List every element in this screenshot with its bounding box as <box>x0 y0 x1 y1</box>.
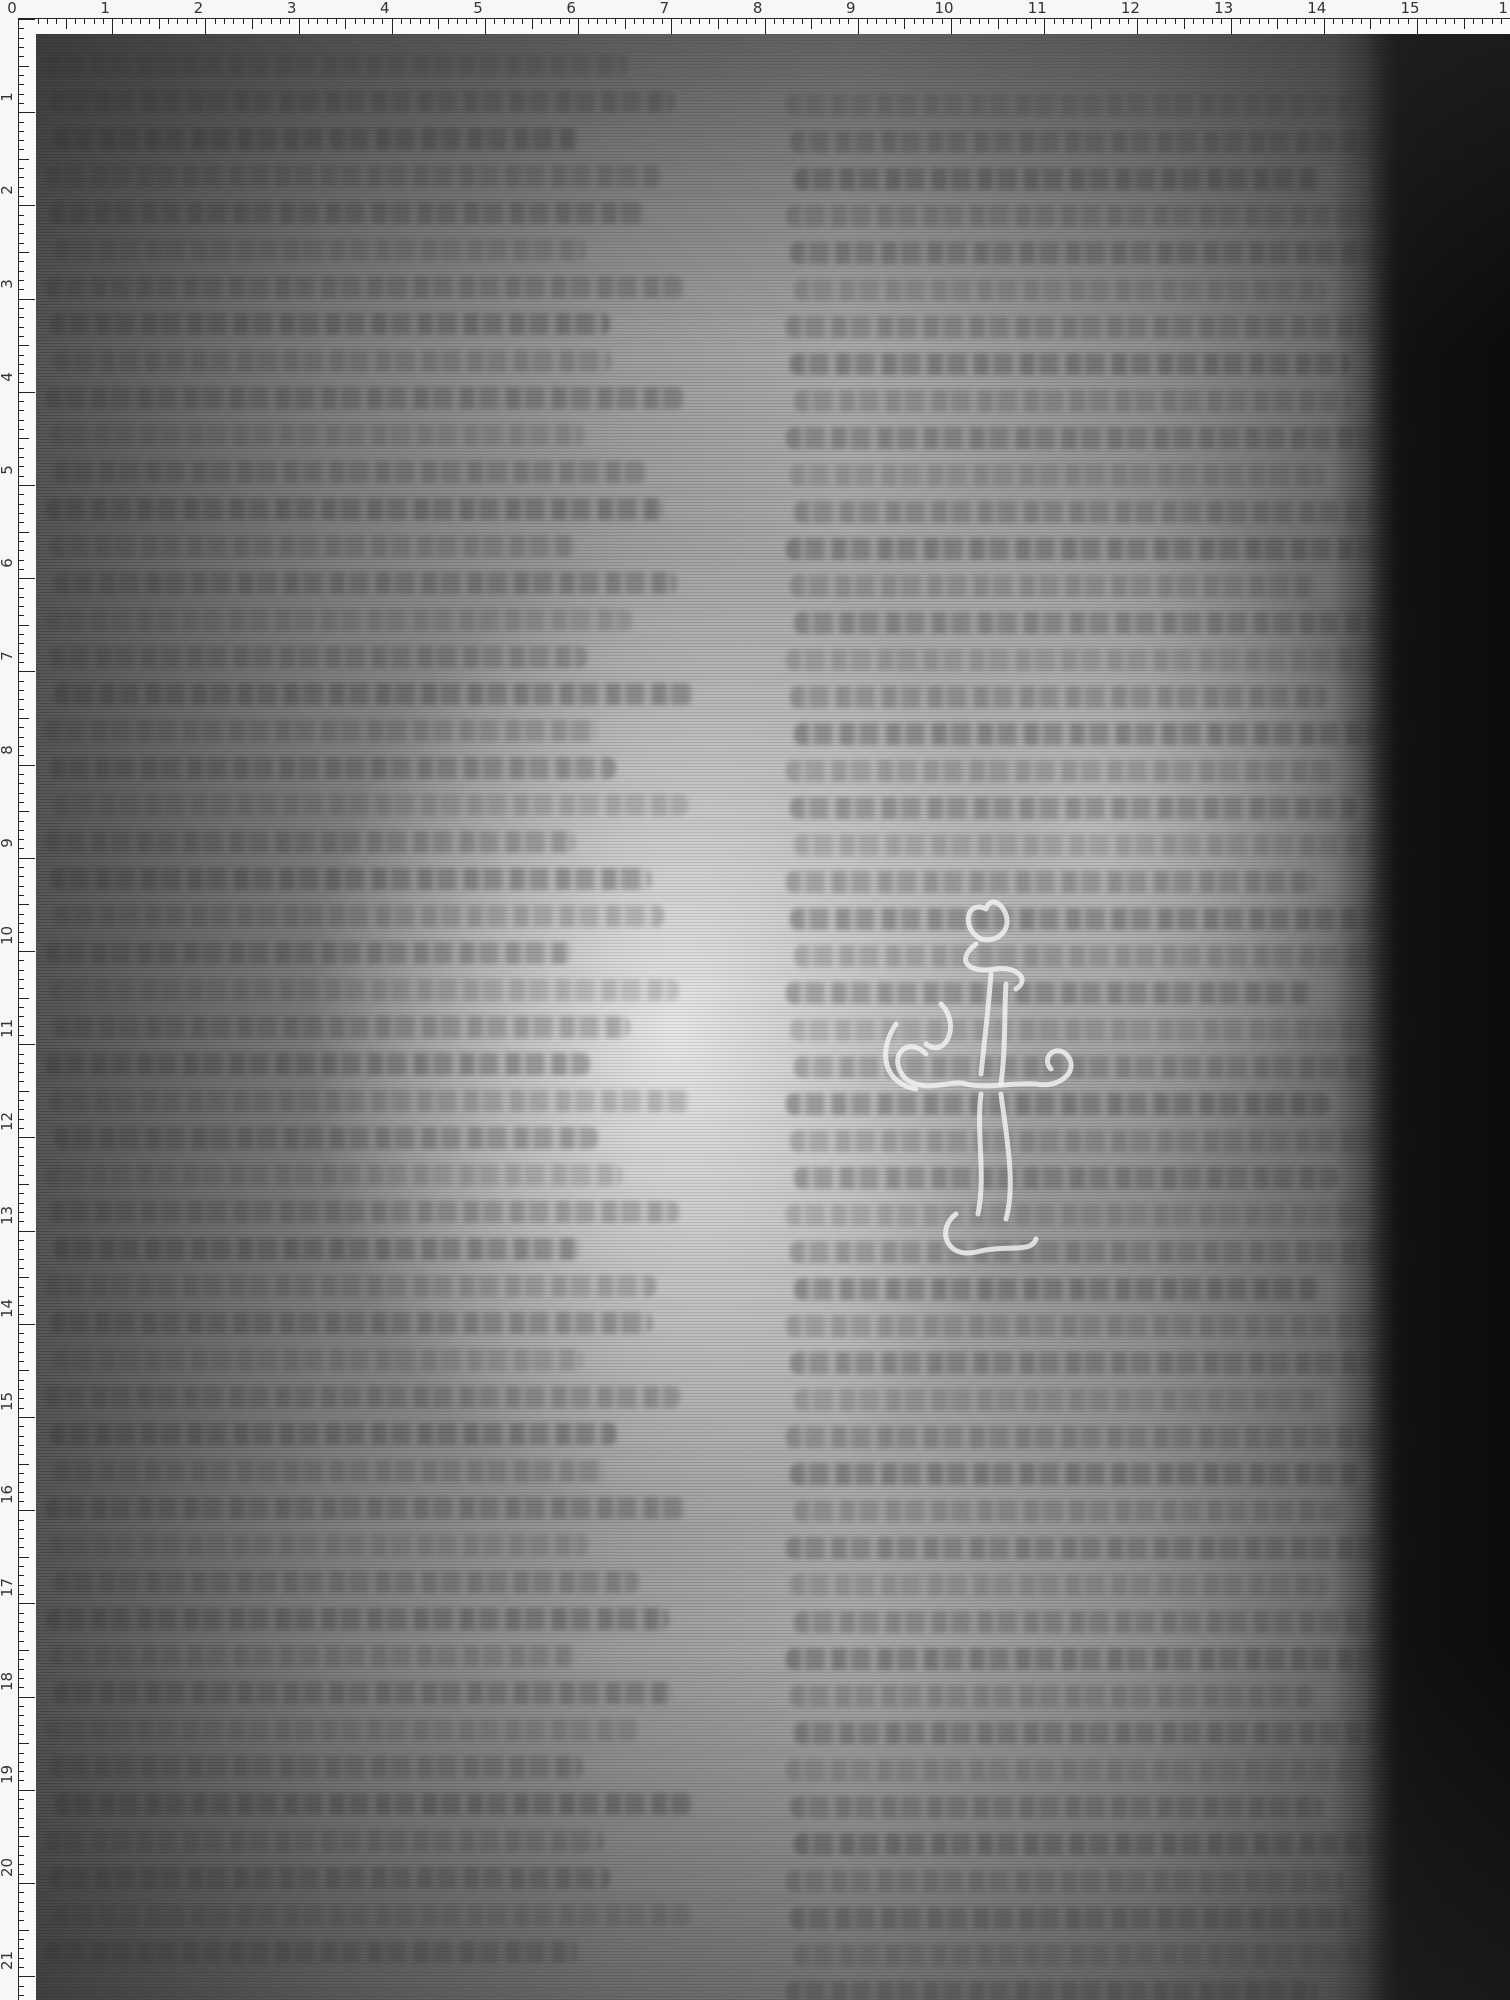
manuscript-line <box>794 834 1428 856</box>
ruler-tick <box>19 1575 24 1576</box>
ruler-tick <box>19 737 24 738</box>
ruler-tick <box>19 187 24 188</box>
ruler-tick <box>19 1482 24 1483</box>
ruler-tick <box>19 1603 35 1604</box>
ruler-tick <box>970 19 971 24</box>
ruler-tick <box>215 19 216 24</box>
ruler-tick <box>289 19 290 24</box>
ruler-tick <box>19 94 24 95</box>
manuscript-line <box>46 1941 578 1963</box>
ruler-tick <box>19 858 35 859</box>
ruler-tick <box>19 1389 24 1390</box>
manuscript-line <box>786 1426 1420 1448</box>
ruler-label-top: 2 <box>194 0 204 16</box>
ruler-tick <box>345 19 346 29</box>
ruler-tick <box>1100 19 1101 24</box>
ruler-tick <box>122 19 123 24</box>
ruler-tick <box>56 19 57 24</box>
manuscript-line <box>790 686 1327 708</box>
ruler-tick <box>578 19 579 35</box>
ruler-tick <box>960 19 961 24</box>
ruler-tick <box>19 280 24 281</box>
ruler-label-left: 16 <box>0 1486 15 1504</box>
ruler-tick <box>19 1799 24 1800</box>
ruler-tick <box>19 1016 24 1017</box>
ruler-tick <box>19 755 24 756</box>
ruler-label-top: 14 <box>1307 0 1326 16</box>
ruler-tick <box>19 1780 24 1781</box>
manuscript-line <box>794 1611 1379 1633</box>
ruler-tick <box>19 1827 24 1828</box>
ruler-tick <box>373 19 374 24</box>
ruler-tick <box>914 19 915 24</box>
ruler-tick <box>308 19 309 24</box>
ruler-tick <box>1249 19 1250 24</box>
ruler-tick <box>1454 19 1455 24</box>
ruler-tick <box>1156 19 1157 24</box>
ruler-tick <box>709 19 710 24</box>
ruler-tick <box>364 19 365 24</box>
ruler-tick <box>19 47 24 48</box>
ruler-tick <box>19 1678 24 1679</box>
manuscript-line <box>786 538 1404 560</box>
ruler-tick <box>19 1864 24 1865</box>
ruler-tick <box>19 932 24 933</box>
ruler-tick <box>19 476 24 477</box>
ruler-tick <box>19 914 24 915</box>
manuscript-line <box>54 1349 583 1371</box>
ruler-tick <box>1361 19 1362 24</box>
ruler-tick <box>19 410 24 411</box>
ruler-tick <box>1128 19 1129 24</box>
manuscript-line <box>54 461 646 483</box>
ruler-tick <box>299 19 300 35</box>
manuscript-line <box>794 723 1433 745</box>
ruler-tick <box>1389 19 1390 24</box>
ruler-tick <box>1109 19 1110 24</box>
ruler-tick <box>19 653 24 654</box>
ruler-tick <box>317 19 318 24</box>
ruler-tick <box>569 19 570 24</box>
ruler-tick <box>19 793 24 794</box>
ruler-tick <box>19 504 24 505</box>
manuscript-line <box>54 794 688 816</box>
ruler-tick <box>401 19 402 24</box>
ruler-tick <box>19 970 24 971</box>
manuscript-line <box>50 1201 679 1223</box>
ruler-tick <box>1501 19 1502 24</box>
manuscript-line <box>786 94 1368 116</box>
manuscript-line <box>54 128 579 150</box>
ruler-label-left: 21 <box>0 1952 15 1970</box>
ruler-tick <box>541 19 542 24</box>
ruler-tick <box>19 1165 24 1166</box>
ruler-label-left: 14 <box>0 1300 15 1318</box>
ruler-tick <box>19 84 24 85</box>
ruler-tick <box>504 19 505 24</box>
ruler-tick <box>1203 19 1204 24</box>
ruler-tick <box>597 19 598 24</box>
ruler-tick <box>1305 19 1306 24</box>
ruler-label-left: 12 <box>0 1113 15 1131</box>
ruler-tick <box>1380 19 1381 24</box>
ruler-tick <box>662 19 663 24</box>
ruler-tick <box>159 19 160 29</box>
ruler-label-top: 8 <box>753 0 763 16</box>
ruler-tick <box>19 1063 24 1064</box>
ruler-tick <box>94 19 95 24</box>
ruler-tick <box>19 196 24 197</box>
ruler-tick <box>382 19 383 24</box>
ruler-tick <box>19 615 24 616</box>
ruler-tick <box>19 485 35 486</box>
manuscript-line <box>46 1830 604 1852</box>
ruler-tick <box>19 783 24 784</box>
ruler-tick <box>19 839 24 840</box>
ruler-tick <box>532 19 533 29</box>
ruler-tick <box>19 1585 24 1586</box>
horizontal-ruler <box>18 18 1510 35</box>
ruler-tick <box>19 1473 24 1474</box>
ruler-tick <box>1072 19 1073 24</box>
ruler-tick <box>438 19 439 29</box>
ruler-tick <box>19 1874 24 1875</box>
ruler-tick <box>895 19 896 24</box>
ruler-tick <box>19 140 24 141</box>
ruler-tick <box>923 19 924 24</box>
ruler-tick <box>19 1277 29 1278</box>
ruler-tick <box>560 19 561 24</box>
ruler-tick <box>19 1948 24 1949</box>
ruler-tick <box>765 19 766 35</box>
ruler-tick <box>19 1715 24 1716</box>
ruler-tick <box>19 345 29 346</box>
ruler-tick <box>457 19 458 24</box>
ruler-tick <box>261 19 262 24</box>
ruler-tick <box>19 606 24 607</box>
ruler-tick <box>690 19 691 24</box>
ruler-tick <box>224 19 225 24</box>
ruler-tick <box>19 243 24 244</box>
ruler-tick <box>19 261 24 262</box>
ruler-tick <box>19 681 24 682</box>
ruler-tick <box>19 979 24 980</box>
ruler-tick <box>727 19 728 24</box>
ruler-tick <box>448 19 449 24</box>
ruler-tick <box>1370 19 1371 29</box>
ruler-tick <box>1063 19 1064 24</box>
ruler-tick <box>1184 19 1185 29</box>
manuscript-line <box>786 1537 1425 1559</box>
ruler-tick <box>19 1445 24 1446</box>
ruler-tick <box>19 1231 35 1232</box>
ruler-tick <box>19 1054 24 1055</box>
ruler-tick <box>904 19 905 29</box>
ruler-tick <box>19 289 24 290</box>
manuscript-line <box>790 1463 1357 1485</box>
ruler-tick <box>19 1156 24 1157</box>
ruler-tick <box>19 988 24 989</box>
ruler-tick <box>19 951 35 952</box>
manuscript-line <box>50 1423 617 1445</box>
manuscript-line <box>46 1719 638 1741</box>
ruler-tick <box>19 1417 35 1418</box>
ruler-tick <box>19 541 24 542</box>
ruler-tick <box>522 19 523 24</box>
ruler-tick <box>19 438 29 439</box>
ruler-tick <box>886 19 887 24</box>
ruler-tick <box>19 355 24 356</box>
ruler-tick <box>19 1454 24 1455</box>
ruler-tick <box>19 699 24 700</box>
manuscript-line <box>50 91 675 113</box>
ruler-tick <box>1314 19 1315 24</box>
ruler-tick <box>19 66 29 67</box>
manuscript-line <box>786 1648 1409 1670</box>
ruler-tick <box>19 429 24 430</box>
ruler-tick <box>19 1911 24 1912</box>
ruler-tick <box>19 122 24 123</box>
ruler-label-left: 20 <box>0 1859 15 1877</box>
ruler-tick <box>19 1249 24 1250</box>
ruler-label-left: 15 <box>0 1393 15 1411</box>
ruler-tick <box>19 643 24 644</box>
ruler-tick <box>19 1669 24 1670</box>
ruler-tick <box>606 19 607 24</box>
ruler-tick <box>485 19 486 35</box>
ruler-tick <box>513 19 514 24</box>
ruler-tick <box>19 513 24 514</box>
ruler-tick <box>699 19 700 24</box>
manuscript-line <box>54 1238 580 1260</box>
ruler-tick <box>19 1706 24 1707</box>
ruler-tick <box>103 19 104 24</box>
ruler-tick <box>19 224 24 225</box>
ruler-tick <box>746 19 747 24</box>
manuscript-line <box>46 498 664 520</box>
ruler-tick <box>783 19 784 24</box>
manuscript-line <box>794 1944 1431 1966</box>
manuscript-line <box>54 1793 692 1815</box>
ruler-label-left: 19 <box>0 1766 15 1784</box>
ruler-tick <box>19 382 24 383</box>
ruler-tick <box>19 1305 24 1306</box>
ruler-tick <box>19 709 24 710</box>
manuscript-line <box>50 646 587 668</box>
ruler-tick <box>1035 19 1036 24</box>
manuscript-line <box>786 649 1372 671</box>
ruler-tick <box>19 1314 24 1315</box>
manuscript-line <box>790 1796 1323 1818</box>
manuscript-line <box>786 427 1424 449</box>
ruler-label-left: 8 <box>0 741 15 759</box>
ruler-tick <box>19 578 35 579</box>
ruler-tick <box>466 19 467 24</box>
scan-viewer <box>0 0 1510 2000</box>
ruler-tick <box>867 19 868 24</box>
ruler-label-left: 6 <box>0 554 15 572</box>
ruler-tick <box>327 19 328 24</box>
ruler-tick <box>19 1846 24 1847</box>
ruler-tick <box>19 1687 24 1688</box>
ruler-tick <box>19 746 24 747</box>
ruler-tick <box>19 1342 24 1343</box>
ruler-tick <box>1268 19 1269 24</box>
ruler-tick <box>19 1920 24 1921</box>
ruler-tick <box>932 19 933 24</box>
ruler-tick <box>19 1352 24 1353</box>
manuscript-line <box>50 979 679 1001</box>
ruler-tick <box>19 998 29 999</box>
ruler-tick <box>19 867 24 868</box>
ruler-tick <box>19 1520 24 1521</box>
manuscript-line <box>50 313 610 335</box>
ruler-tick <box>19 159 29 160</box>
ruler-tick <box>1091 19 1092 29</box>
ruler-tick <box>1333 19 1334 24</box>
ruler-tick <box>1212 19 1213 24</box>
ruler-label-left: 2 <box>0 181 15 199</box>
ruler-tick <box>19 327 24 328</box>
ruler-tick <box>19 942 24 943</box>
ruler-tick <box>112 19 113 35</box>
ruler-tick <box>1193 19 1194 24</box>
ruler-tick <box>196 19 197 24</box>
ruler-tick <box>1007 19 1008 24</box>
manuscript-line <box>794 501 1386 523</box>
ruler-label-top: 1 <box>100 0 110 16</box>
manuscript-line <box>46 54 628 76</box>
ruler-tick <box>858 19 859 35</box>
ruler-tick <box>19 886 24 887</box>
ruler-tick <box>19 494 24 495</box>
ruler-tick <box>19 1547 24 1548</box>
ruler-tick <box>19 1044 35 1045</box>
ruler-tick <box>19 876 24 877</box>
ruler-label-left: 17 <box>0 1579 15 1597</box>
manuscript-line <box>794 1833 1432 1855</box>
ruler-tick <box>1277 19 1278 29</box>
ruler-tick <box>1026 19 1027 24</box>
manuscript-line <box>790 131 1415 153</box>
ruler-tick <box>19 1026 24 1027</box>
ruler-tick <box>979 19 980 24</box>
gutter-shadow <box>1366 34 1510 2000</box>
ruler-tick <box>876 19 877 24</box>
ruler-tick <box>494 19 495 24</box>
ruler-tick <box>19 1119 24 1120</box>
ruler-tick <box>802 19 803 24</box>
ruler-label-top: 5 <box>473 0 483 16</box>
ruler-tick <box>19 671 35 672</box>
ruler-tick <box>19 1836 29 1837</box>
ruler-label-top: 3 <box>287 0 297 16</box>
manuscript-line <box>790 242 1385 264</box>
ruler-tick <box>19 588 24 589</box>
ruler-tick <box>1259 19 1260 24</box>
ruler-tick <box>1044 19 1045 35</box>
manuscript-line <box>786 760 1338 782</box>
ruler-tick <box>19 1072 24 1073</box>
ruler-tick <box>392 19 393 35</box>
ruler-tick <box>19 177 24 178</box>
ruler-tick <box>1137 19 1138 35</box>
ruler-tick <box>410 19 411 24</box>
ruler-label-top: 6 <box>566 0 576 16</box>
ruler-tick <box>19 1426 24 1427</box>
manuscript-line <box>54 683 693 705</box>
ruler-tick <box>19 1939 24 1940</box>
ruler-tick <box>19 1203 24 1204</box>
ruler-tick <box>19 1594 24 1595</box>
manuscript-line <box>50 1090 690 1112</box>
manuscript-line <box>794 612 1417 634</box>
ruler-tick <box>19 923 24 924</box>
manuscript-line <box>50 1534 588 1556</box>
manuscript-line <box>790 464 1324 486</box>
ruler-tick <box>653 19 654 24</box>
ruler-tick <box>19 308 24 309</box>
ruler-tick <box>168 19 169 24</box>
ruler-tick <box>1324 19 1325 35</box>
ruler-tick <box>19 830 24 831</box>
ruler-label-top: 13 <box>1214 0 1233 16</box>
ruler-tick <box>19 774 24 775</box>
ruler-tick <box>19 1790 35 1791</box>
ruler-tick <box>19 802 24 803</box>
manuscript-line <box>54 1682 672 1704</box>
ruler-tick <box>19 420 24 421</box>
ruler-tick <box>233 19 234 24</box>
manuscript-line <box>50 757 616 779</box>
ruler-tick <box>19 112 35 113</box>
ruler-tick <box>476 19 477 24</box>
ruler-label-top: 7 <box>660 0 670 16</box>
ruler-tick <box>19 457 24 458</box>
ruler-tick <box>19 895 24 896</box>
manuscript-line <box>794 168 1319 190</box>
ruler-tick <box>19 1184 29 1185</box>
vertical-ruler <box>18 18 35 2000</box>
ruler-tick <box>19 532 29 533</box>
ruler-tick <box>671 19 672 35</box>
ruler-tick <box>1445 19 1446 24</box>
manuscript-line <box>786 316 1423 338</box>
ruler-tick <box>19 103 24 104</box>
manuscript-line <box>46 387 684 409</box>
ruler-tick <box>19 1333 24 1334</box>
ruler-tick <box>38 19 39 24</box>
ruler-tick <box>19 1650 29 1651</box>
ruler-tick <box>19 1808 24 1809</box>
manuscript-line <box>50 1867 610 1889</box>
ruler-tick <box>19 1175 24 1176</box>
ruler-tick <box>19 1538 24 1539</box>
ruler-tick <box>19 1137 35 1138</box>
manuscript-line <box>46 1053 590 1075</box>
ruler-tick <box>588 19 589 24</box>
manuscript-line <box>790 353 1350 375</box>
ruler-tick <box>19 1240 24 1241</box>
ruler-tick <box>19 28 24 29</box>
ruler-tick <box>19 1892 24 1893</box>
ruler-label-left: 4 <box>0 368 15 386</box>
ruler-label-left: 1 <box>0 88 15 106</box>
ruler-tick <box>19 960 24 961</box>
manuscript-line <box>54 350 611 372</box>
ruler-tick <box>19 168 24 169</box>
ruler-tick <box>131 19 132 24</box>
